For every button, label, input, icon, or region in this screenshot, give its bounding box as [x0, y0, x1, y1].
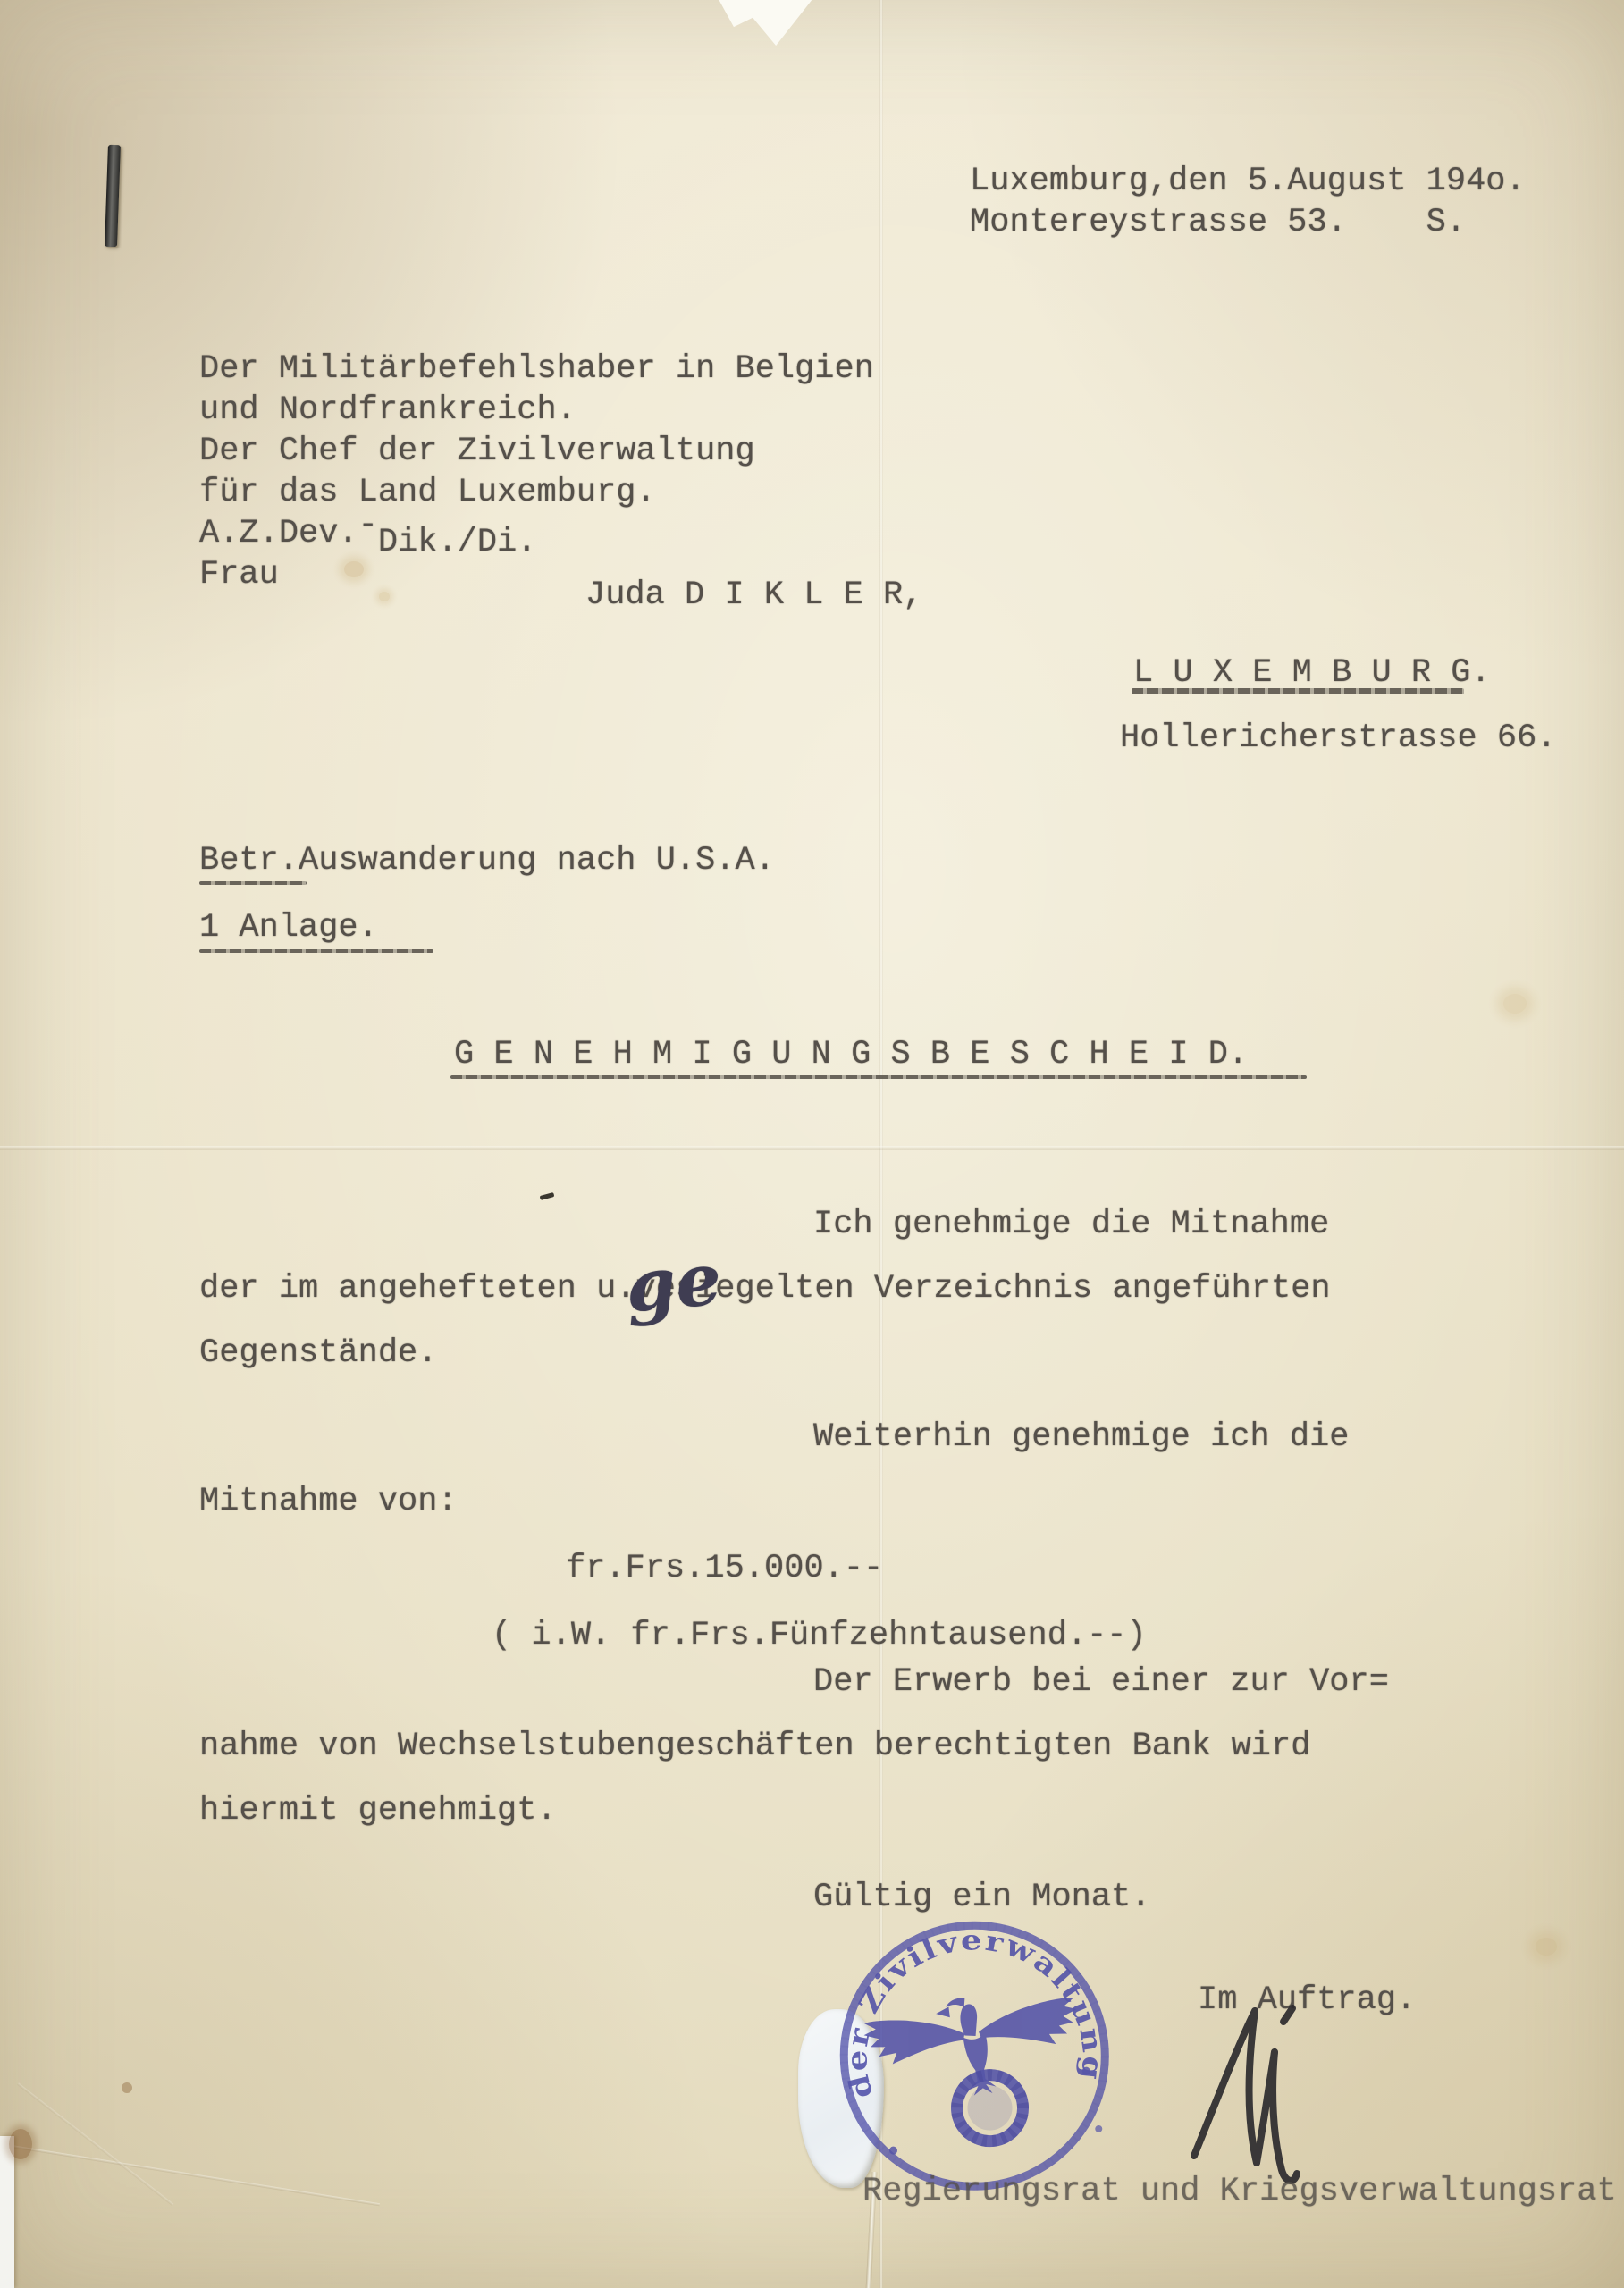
body-line: Ich genehmige die Mitnahme — [813, 1205, 1329, 1244]
body-line: Der Erwerb bei einer zur Vor= — [813, 1662, 1389, 1702]
date-line: Luxemburg,den 5.August 194o. — [970, 162, 1526, 201]
underline — [199, 949, 433, 953]
subject-label: Betr. — [199, 842, 299, 879]
corner-crease — [0, 2143, 380, 2206]
underline — [199, 881, 307, 885]
foxing-stain — [1536, 1938, 1557, 1956]
recipient-street: Hollericherstrasse 66. — [1120, 719, 1556, 758]
recipient-name: Juda D I K L E R, — [585, 576, 922, 615]
underline — [1132, 688, 1464, 694]
stamp-dot — [1095, 2125, 1103, 2133]
sender-line: für das Land Luxemburg. — [199, 473, 656, 512]
signatory-title: Regierungsrat und Kriegsverwaltungsrat — [862, 2172, 1617, 2211]
burn-stain — [122, 2082, 132, 2093]
amount-line: fr.Frs.15.000.-- — [566, 1549, 883, 1588]
horizontal-fold-crease — [0, 1146, 1624, 1150]
salutation: Frau — [199, 555, 279, 594]
paper-tear-top — [711, 0, 816, 52]
underline — [450, 1075, 1307, 1079]
scanned-letter-page: Luxemburg,den 5.August 194o. Montereystr… — [0, 0, 1624, 2288]
burn-stain — [9, 2129, 32, 2159]
sender-line: Der Chef der Zivilverwaltung — [199, 432, 755, 471]
foxing-stain — [344, 561, 364, 577]
body-line: Weiterhin genehmige ich die — [813, 1417, 1350, 1457]
staple — [105, 145, 121, 247]
enclosure-line: 1 Anlage. — [199, 908, 378, 947]
file-ref-dash: - — [358, 507, 378, 544]
corner-crease — [17, 2082, 173, 2206]
body-line: Mitnahme von: — [199, 1482, 458, 1521]
eagle-emblem-icon — [861, 1984, 1086, 2108]
file-ref-clerk: Dik./Di. — [378, 524, 537, 561]
file-reference: A.Z.Dev.-Dik./Di. — [199, 514, 537, 553]
foxing-stain — [1503, 994, 1527, 1014]
subject-line: Betr.Auswanderung nach U.S.A. — [199, 841, 775, 880]
handwritten-correction: ge — [622, 1237, 725, 1329]
recipient-city: L U X E M B U R G. — [1133, 653, 1491, 693]
signature-handwriting — [1178, 2002, 1334, 2194]
address-line: Montereystrasse 53. S. — [970, 203, 1466, 242]
sender-line: und Nordfrankreich. — [199, 391, 576, 430]
body-line: nahme von Wechselstubengeschäften berech… — [199, 1727, 1310, 1766]
body-line: der im angehefteten u.vesiegelten Verzei… — [199, 1269, 1331, 1308]
body-line: hiermit genehmigt. — [199, 1791, 557, 1830]
document-heading: G E N E H M I G U N G S B E S C H E I D. — [454, 1035, 1248, 1074]
amount-words-line: ( i.W. fr.Frs.Fünfzehntausend.--) — [492, 1616, 1147, 1655]
subject-text: Auswanderung nach U.S.A. — [299, 842, 775, 879]
foxing-stain — [379, 592, 390, 601]
pen-mark — [540, 1192, 555, 1200]
body-text: der im angehefteten u.v — [199, 1270, 656, 1308]
file-ref-base: A.Z.Dev. — [199, 515, 358, 552]
body-line: Gegenstände. — [199, 1333, 437, 1373]
sender-line: Der Militärbefehlshaber in Belgien — [199, 349, 874, 389]
body-text: esiegelten Verzeichnis angeführten — [656, 1270, 1331, 1308]
scan-edge-sliver — [0, 2136, 14, 2288]
